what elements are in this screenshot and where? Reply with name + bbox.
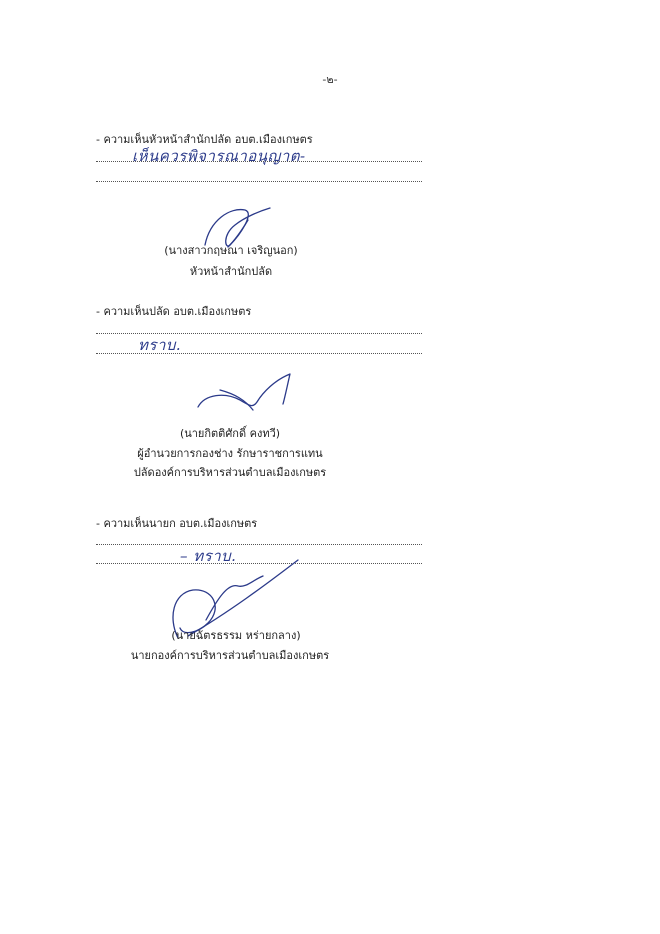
signatory-position: หัวหน้าสำนักปลัด [156, 262, 306, 280]
page-number: -๒- [0, 70, 660, 88]
signatory-position: ปลัดองค์การบริหารส่วนตำบลเมืองเกษตร [110, 463, 350, 481]
signature-icon [195, 372, 295, 417]
dotted-line [96, 181, 422, 182]
section-heading: - ความเห็นปลัด อบต.เมืองเกษตร [96, 302, 251, 320]
handwritten-comment: เห็นควรพิจารณาอนุญาต- [132, 144, 306, 168]
signatory-name: (นายกิตติศักดิ์ คงทวี) [150, 424, 310, 442]
dotted-line [96, 544, 422, 545]
signatory-name: (นางสาวกฤษณา เจริญนอก) [156, 241, 306, 259]
dotted-line [96, 353, 422, 354]
signatory-position: ผู้อำนวยการกองช่าง รักษาราชการแทน [110, 444, 350, 462]
signatory-position: นายกองค์การบริหารส่วนตำบลเมืองเกษตร [110, 646, 350, 664]
signatory-name: (นายฉัตรธรรม หร่ายกลาง) [156, 626, 316, 644]
section-heading: - ความเห็นนายก อบต.เมืองเกษตร [96, 514, 257, 532]
dotted-line [96, 161, 422, 162]
